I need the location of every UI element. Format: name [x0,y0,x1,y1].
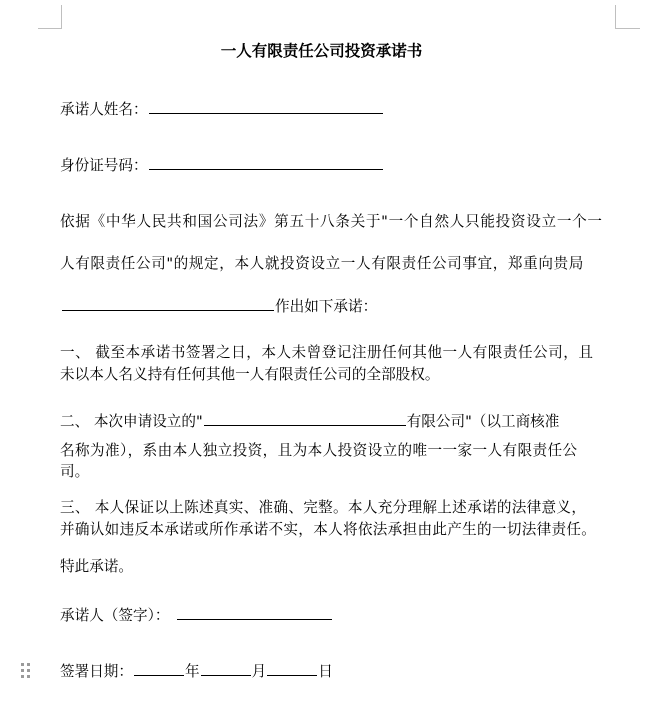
date-label: 签署日期： [60,663,133,680]
item-2-line-3: 司。 [60,462,89,482]
document-title: 一人有限责任公司投资承诺书 [0,39,643,61]
top-right-margin-mark [615,5,640,29]
item-1-line-1: 一、 截至本承诺书签署之日，本人未曾登记注册任何其他一人有限责任公司，且 [60,343,593,363]
date-row: 签署日期：年月日 [60,661,333,682]
id-field-label: 身份证号码： [60,157,148,174]
name-field-blank[interactable] [149,99,383,114]
intro-line-2: 人有限责任公司"的规定，本人就投资设立一人有限责任公司事宜，郑重向贵局 [60,254,584,274]
item-2-line-2: 名称为准），系由本人独立投资，且为本人投资设立的唯一一家一人有限责任公 [60,441,577,461]
name-field-label: 承诺人姓名： [60,101,148,118]
signature-label: 承诺人（签字）： [60,607,169,624]
item-1-line-2: 未以本人名义持有任何其他一人有限责任公司的全部股权。 [60,365,439,385]
intro-line-3-text: 作出如下承诺： [275,298,377,315]
drag-handle-icon[interactable] [21,663,33,679]
company-name-blank[interactable] [204,411,406,426]
name-field-row: 承诺人姓名： [60,99,384,120]
day-label: 日 [318,663,333,680]
id-field-blank[interactable] [149,155,383,170]
month-label: 月 [252,663,267,680]
intro-line-3: 作出如下承诺： [60,296,377,317]
signature-row: 承诺人（签字）： [60,605,333,626]
month-blank[interactable] [201,661,251,676]
item-3-line-2: 并确认如违反本承诺或所作承诺不实，本人将依法承担由此产生的一切法律责任。 [60,520,596,540]
item-2-suffix: 有限公司"（以工商核准 [407,413,560,430]
year-label: 年 [185,663,200,680]
closing-statement: 特此承诺。 [60,557,133,577]
signature-blank[interactable] [177,605,332,620]
top-left-margin-mark [38,5,62,29]
intro-line-1: 依据《中华人民共和国公司法》第五十八条关于"一个自然人只能投资设立一个一 [60,212,603,232]
year-blank[interactable] [134,661,184,676]
item-2-prefix: 二、 本次申请设立的" [60,413,203,430]
item-2-line-1: 二、 本次申请设立的"有限公司"（以工商核准 [60,411,559,432]
id-field-row: 身份证号码： [60,155,384,176]
item-3-line-1: 三、 本人保证以上陈述真实、准确、完整。本人充分理解上述承诺的法律意义， [60,498,586,518]
day-blank[interactable] [267,661,317,676]
authority-blank[interactable] [62,296,274,311]
